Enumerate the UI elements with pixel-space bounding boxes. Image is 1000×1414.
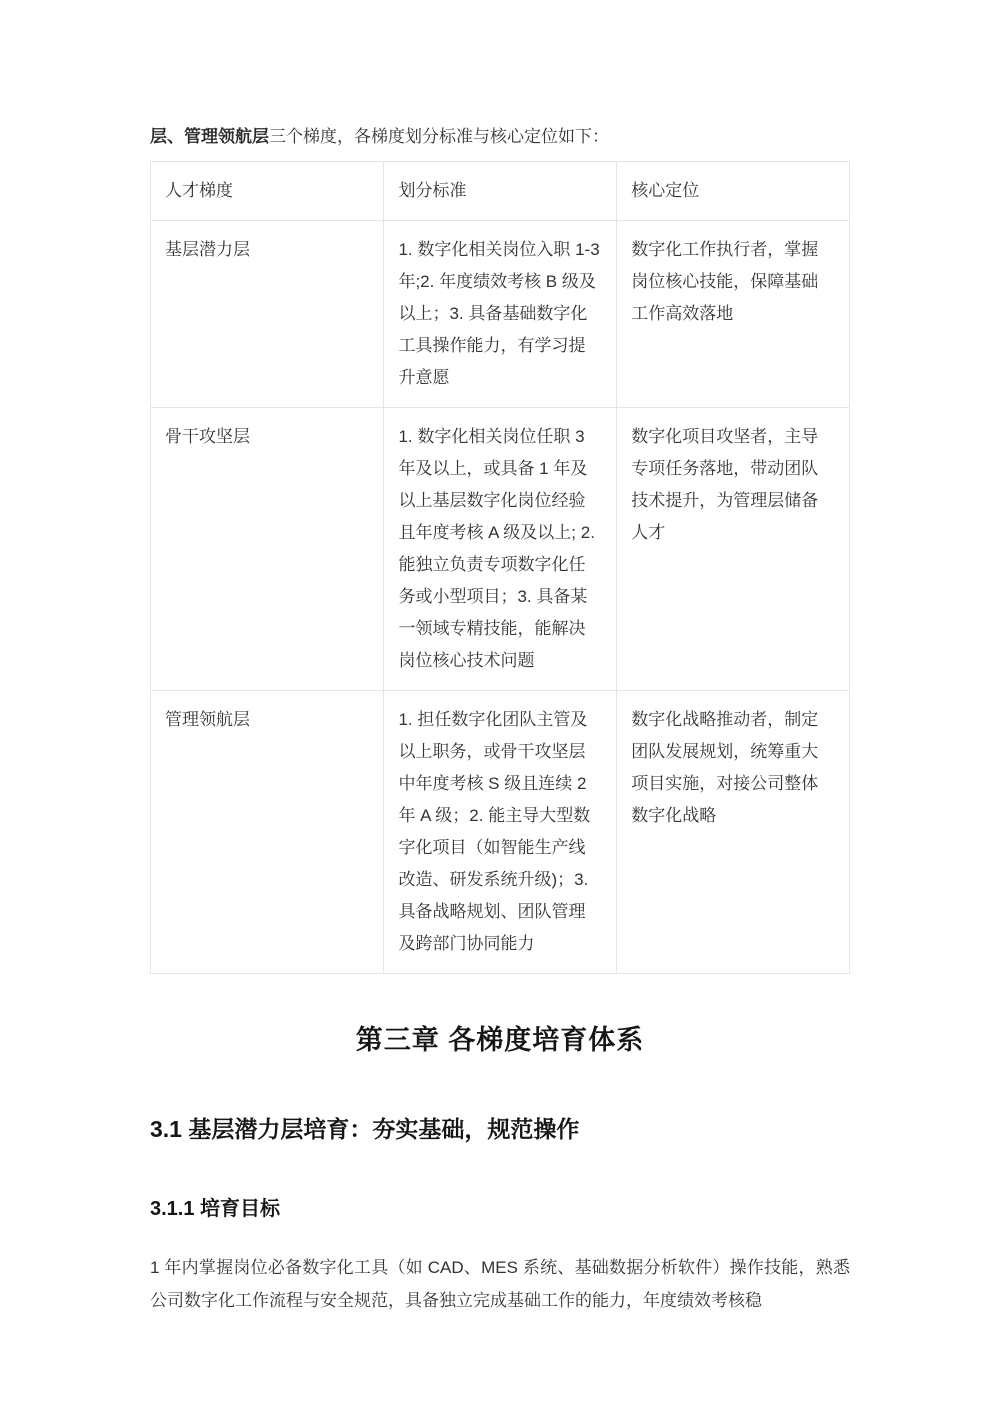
section-heading: 3.1 基层潜力层培育：夯实基础，规范操作 [150, 1111, 850, 1144]
cell-tier: 骨干攻坚层 [151, 408, 384, 691]
cell-criteria: 1. 担任数字化团队主管及以上职务，或骨干攻坚层中年度考核 S 级且连续 2 年… [384, 691, 617, 974]
intro-bold-text: 层、管理领航层 [150, 127, 269, 146]
intro-regular-text: 三个梯度，各梯度划分标准与核心定位如下： [269, 127, 609, 146]
cell-criteria: 1. 数字化相关岗位入职 1-3 年;2. 年度绩效考核 B 级及以上；3. 具… [384, 221, 617, 408]
table-row: 管理领航层 1. 担任数字化团队主管及以上职务，或骨干攻坚层中年度考核 S 级且… [151, 691, 850, 974]
cell-criteria: 1. 数字化相关岗位任职 3 年及以上，或具备 1 年及以上基层数字化岗位经验且… [384, 408, 617, 691]
document-page: 层、管理领航层三个梯度，各梯度划分标准与核心定位如下： 人才梯度 划分标准 核心… [0, 0, 1000, 1414]
body-paragraph: 1 年内掌握岗位必备数字化工具（如 CAD、MES 系统、基础数据分析软件）操作… [150, 1251, 850, 1317]
cell-positioning: 数字化工作执行者，掌握岗位核心技能，保障基础工作高效落地 [617, 221, 850, 408]
header-cell-criteria: 划分标准 [384, 162, 617, 221]
subsection-heading: 3.1.1 培育目标 [150, 1192, 850, 1221]
header-cell-positioning: 核心定位 [617, 162, 850, 221]
table-header-row: 人才梯度 划分标准 核心定位 [151, 162, 850, 221]
intro-paragraph: 层、管理领航层三个梯度，各梯度划分标准与核心定位如下： [150, 126, 850, 147]
cell-tier: 管理领航层 [151, 691, 384, 974]
table-row: 骨干攻坚层 1. 数字化相关岗位任职 3 年及以上，或具备 1 年及以上基层数字… [151, 408, 850, 691]
cell-positioning: 数字化项目攻坚者，主导专项任务落地，带动团队技术提升，为管理层储备人才 [617, 408, 850, 691]
cell-positioning: 数字化战略推动者，制定团队发展规划，统筹重大项目实施，对接公司整体数字化战略 [617, 691, 850, 974]
table-row: 基层潜力层 1. 数字化相关岗位入职 1-3 年;2. 年度绩效考核 B 级及以… [151, 221, 850, 408]
header-cell-tier: 人才梯度 [151, 162, 384, 221]
chapter-heading: 第三章 各梯度培育体系 [150, 1018, 850, 1057]
cell-tier: 基层潜力层 [151, 221, 384, 408]
talent-tier-table: 人才梯度 划分标准 核心定位 基层潜力层 1. 数字化相关岗位入职 1-3 年;… [150, 161, 850, 974]
